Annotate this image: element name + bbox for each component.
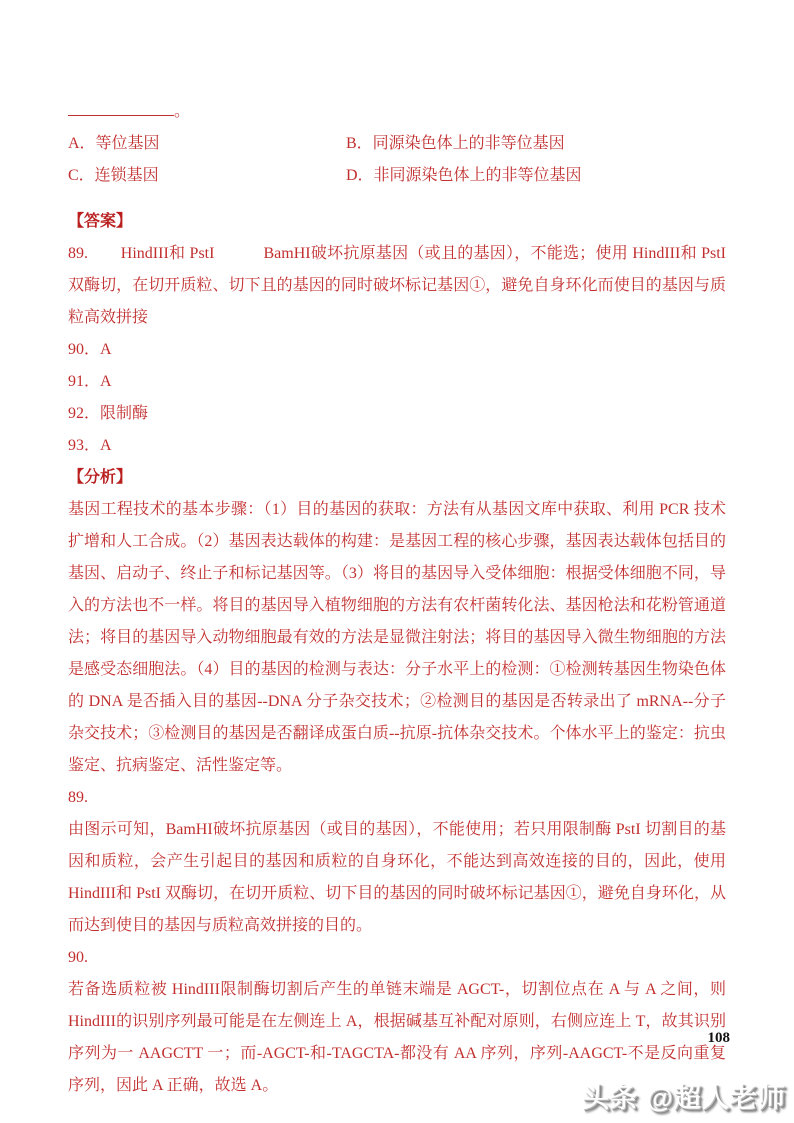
option-b: B．同源染色体上的非等位基因 xyxy=(346,128,726,160)
answer-section-header: 【答案】 xyxy=(68,206,726,238)
answer-item-91: 91．A xyxy=(68,366,726,398)
option-c: C．连锁基因 xyxy=(68,160,346,192)
analysis-q89-body: 由图示可知，BamHI破坏抗原基因（或目的基因），不能使用；若只用限制酶 Pst… xyxy=(68,814,726,942)
blank-answer-line: 。 xyxy=(68,96,726,128)
options-row-1: A．等位基因 B．同源染色体上的非等位基因 xyxy=(68,128,726,160)
options-row-2: C．连锁基因 D．非同源染色体上的非等位基因 xyxy=(68,160,726,192)
answer-item-90: 90．A xyxy=(68,334,726,366)
answer-blank-underline xyxy=(68,100,174,116)
document-content: 。 A．等位基因 B．同源染色体上的非等位基因 C．连锁基因 D．非同源染色体上… xyxy=(68,96,726,1102)
blank-suffix: 。 xyxy=(174,103,190,120)
analysis-q90-label: 90. xyxy=(68,942,726,974)
analysis-q89-label: 89. xyxy=(68,782,726,814)
toutiao-watermark: 头条 @超人老师 xyxy=(582,1076,786,1115)
answer-item-93: 93．A xyxy=(68,430,726,462)
analysis-body: 基因工程技术的基本步骤：（1）目的基因的获取：方法有从基因文库中获取、利用 PC… xyxy=(68,494,726,782)
analysis-section-header: 【分析】 xyxy=(68,462,726,494)
page-number: 108 xyxy=(708,1030,731,1047)
option-d: D．非同源染色体上的非等位基因 xyxy=(346,160,726,192)
answer-item-89: 89. HindIII和 PstI BamHI破坏抗原基因（或且的基因），不能选… xyxy=(68,238,726,334)
document-page: 。 A．等位基因 B．同源染色体上的非等位基因 C．连锁基因 D．非同源染色体上… xyxy=(0,0,794,1123)
option-a: A．等位基因 xyxy=(68,128,346,160)
answer-item-92: 92．限制酶 xyxy=(68,398,726,430)
